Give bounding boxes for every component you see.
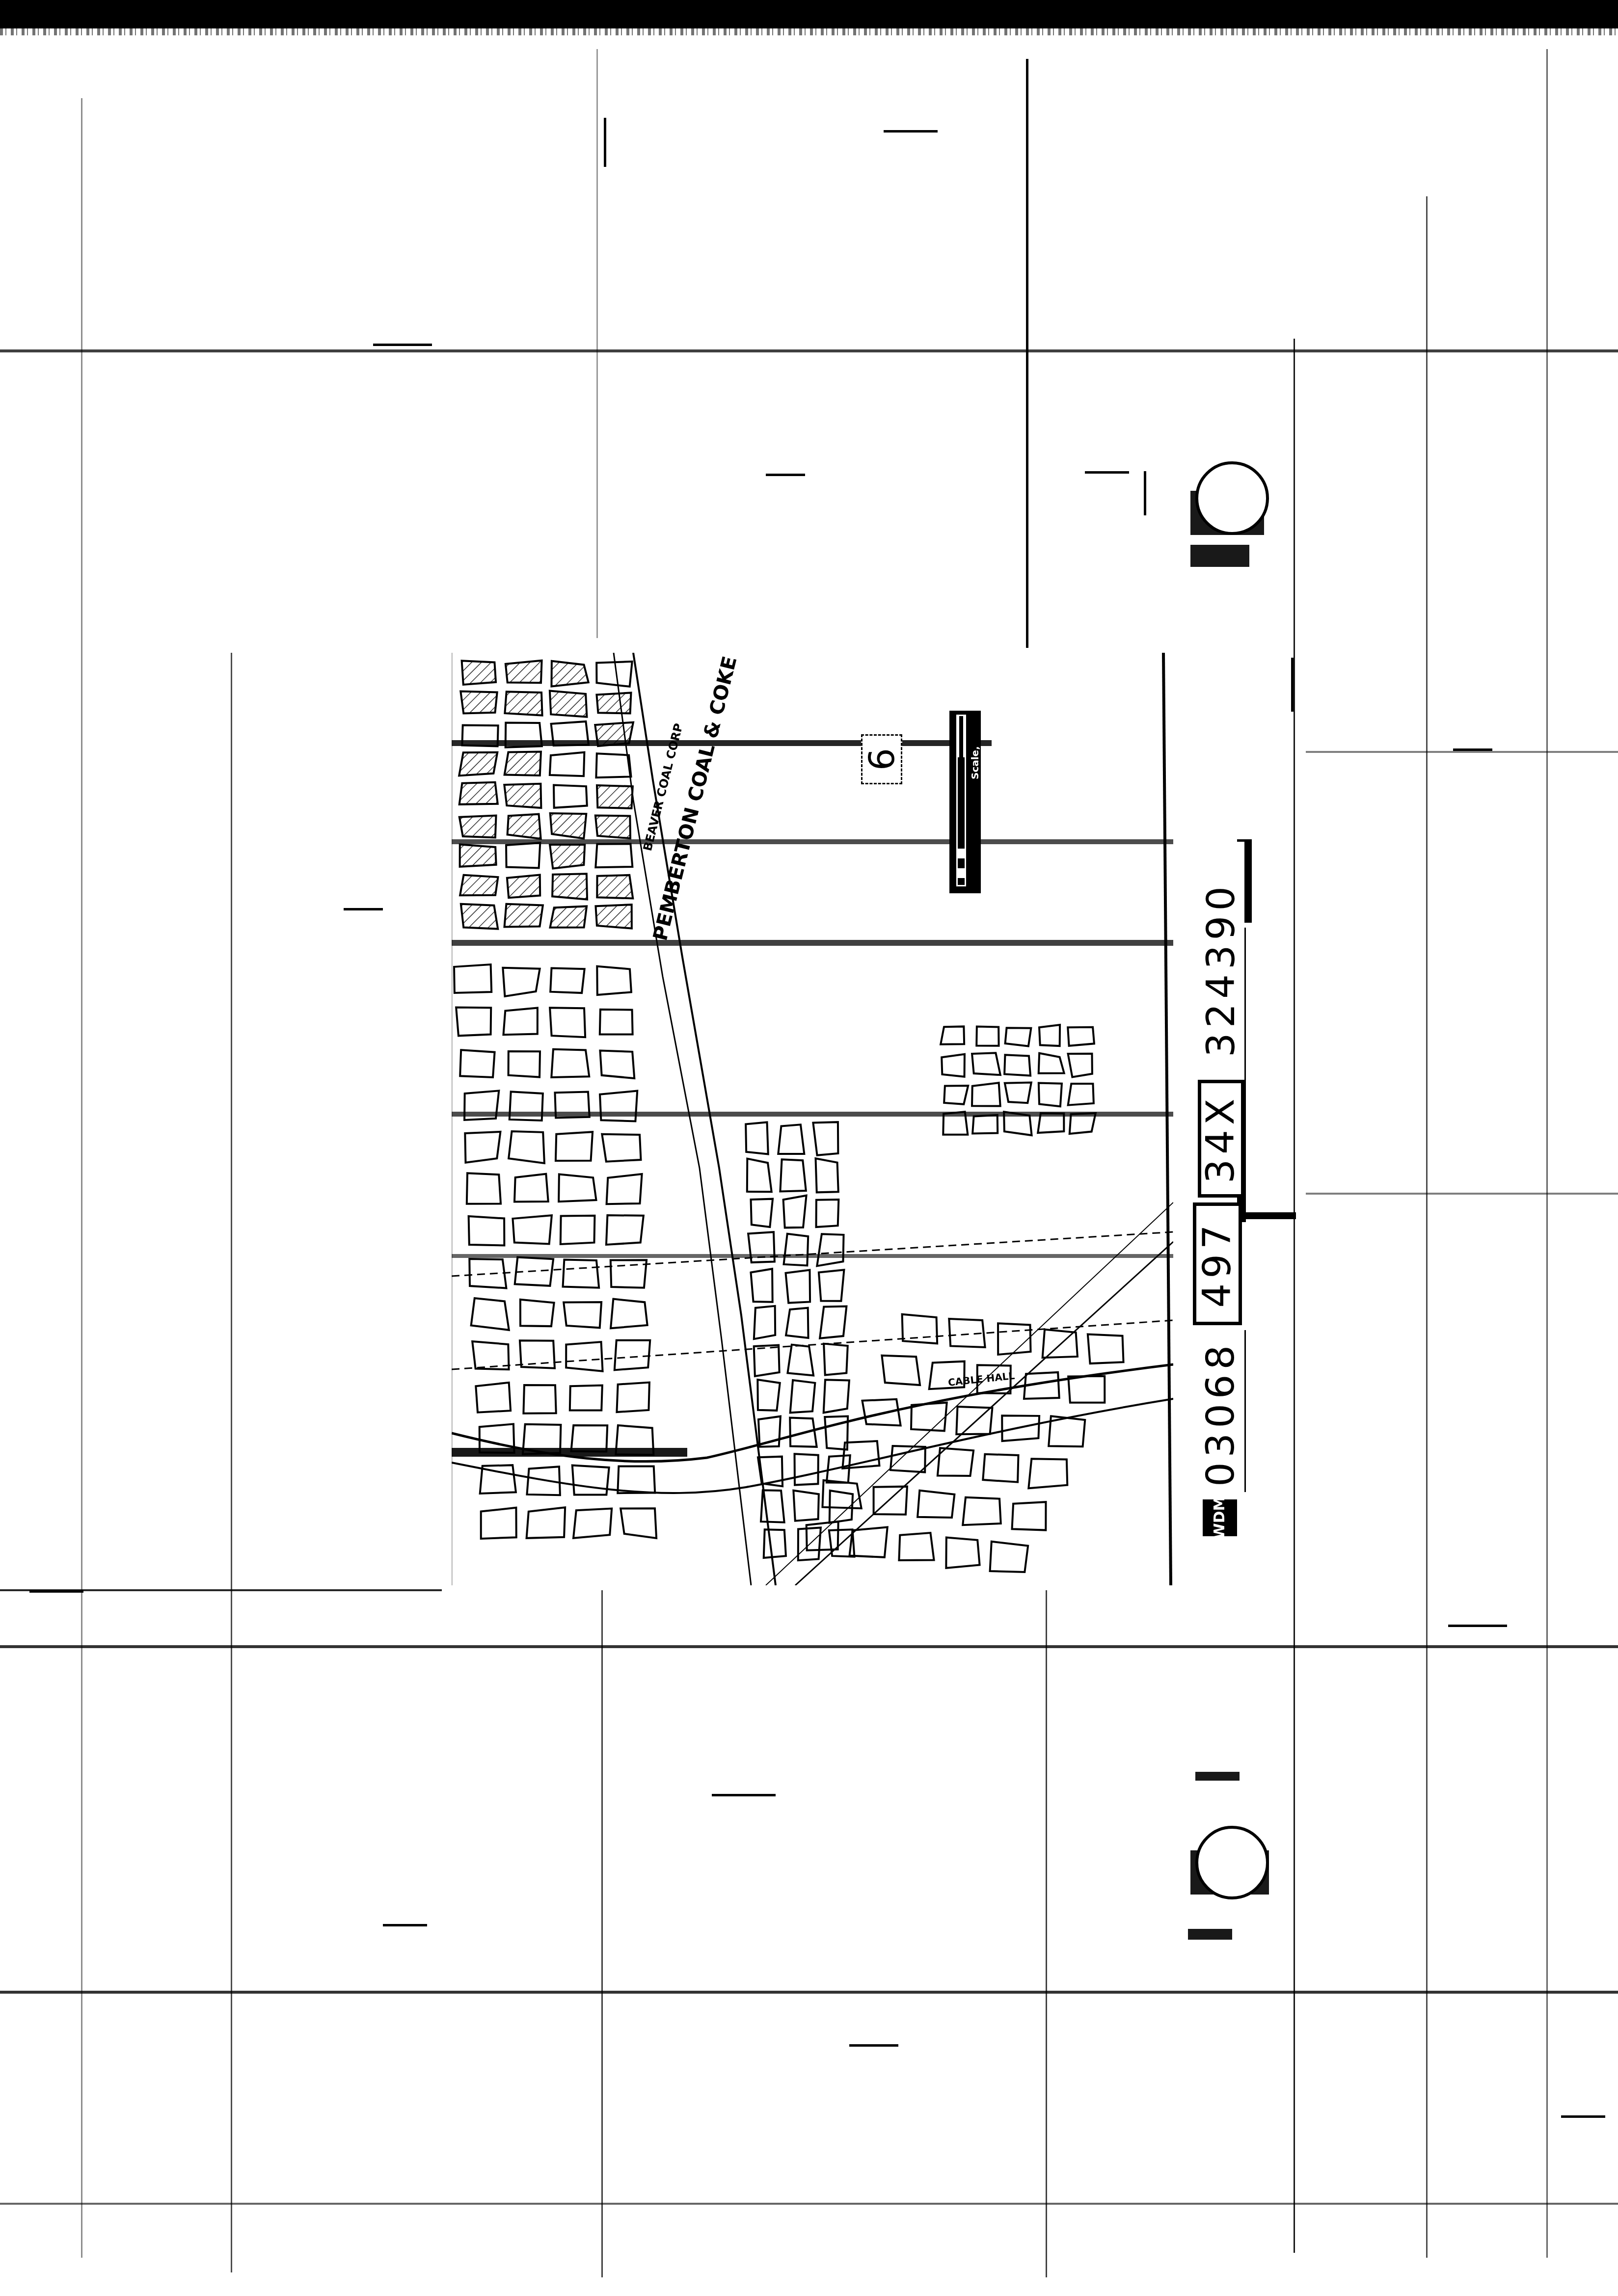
grid-tick: [383, 1924, 427, 1926]
upper-punch-hole-icon: [1195, 461, 1269, 535]
grid-tick: [849, 2044, 898, 2047]
grid-tick: [1144, 471, 1146, 515]
grid-tick: [884, 130, 938, 133]
top-border-band: [0, 0, 1618, 28]
id-field-sheet: 497: [1193, 1202, 1242, 1325]
grid-line-vertical: [596, 49, 598, 638]
grid-tick: [1561, 2115, 1605, 2118]
id-prefix: WDM: [1203, 1499, 1237, 1536]
grid-line-vertical: [81, 98, 82, 2258]
id-field-series: 34X: [1198, 1080, 1244, 1198]
sheet-number: 6: [861, 734, 902, 784]
grid-line-vertical: [1026, 59, 1028, 648]
grid-tick: [604, 118, 606, 167]
grid-tick: [1448, 1625, 1507, 1627]
grid-line-vertical: [1426, 196, 1428, 2258]
grid-tick: [373, 344, 432, 346]
grid-line-horizontal: [1306, 751, 1618, 753]
scale-label: Scale,: [969, 746, 981, 779]
identification-strip: 324390 34X 497 03068 WDM: [1188, 839, 1262, 1536]
lower-punch-hole-icon: [1195, 1826, 1269, 1899]
id-field-drawing-number: 324390: [1198, 842, 1244, 1097]
grid-line-horizontal: [0, 2203, 1618, 2205]
grid-line-vertical: [601, 1590, 603, 2277]
grid-tick: [766, 474, 805, 476]
grid-line-vertical: [1046, 1590, 1047, 2277]
grid-tick: [1453, 748, 1492, 751]
grid-line-horizontal: [0, 349, 1618, 352]
grid-line-horizontal: [1306, 1193, 1618, 1195]
map-image: PEMBERTON COAL & COKE CO. BEAVER COAL CO…: [452, 653, 1173, 1585]
id-field-document-number: 03068: [1198, 1330, 1244, 1497]
grid-tick: [712, 1794, 776, 1796]
scale-track: [956, 715, 966, 886]
grid-tick: [344, 908, 383, 910]
grid-tick: [29, 1590, 83, 1593]
scale-bar: Scale,: [949, 711, 981, 893]
grid-line-vertical: [231, 653, 232, 2272]
grid-line-vertical: [1546, 49, 1548, 2258]
grid-line-vertical: [1294, 339, 1295, 2253]
grid-tick: [1085, 471, 1129, 474]
grid-tick: [1291, 658, 1294, 712]
map-drawing: [452, 653, 1173, 1585]
top-border-noise: [0, 28, 1618, 35]
grid-line-horizontal: [0, 1645, 1618, 1648]
grid-line-horizontal: [0, 1991, 1618, 1994]
